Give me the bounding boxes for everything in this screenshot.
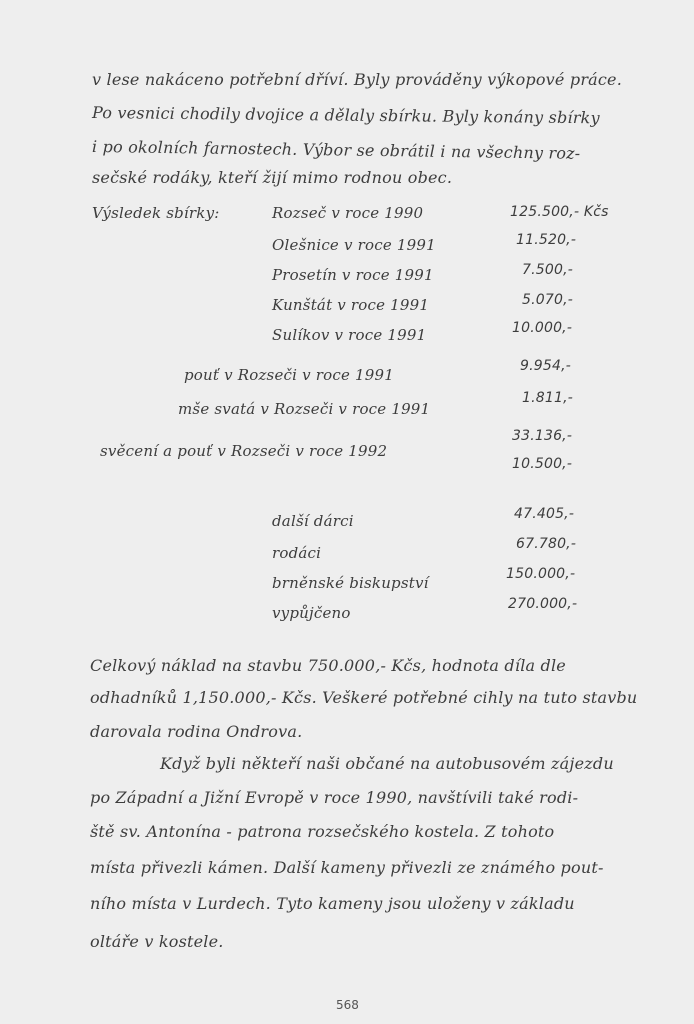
intro-line: v lese nakáceno potřební dříví. Byly pro… bbox=[92, 70, 622, 89]
collection-row-amount: 7.500,- bbox=[522, 262, 573, 278]
closing-line: ště sv. Antonína - patrona rozsečského k… bbox=[90, 822, 554, 841]
closing-line: odhadníků 1,150.000,- Kčs. Veškeré potře… bbox=[90, 688, 637, 707]
other-row-amount: 47.405,- bbox=[514, 506, 574, 522]
collection-label: Výsledek sbírky: bbox=[92, 204, 220, 222]
closing-line: ního místa v Lurdech. Tyto kameny jsou u… bbox=[90, 894, 575, 913]
other-row-amount: 270.000,- bbox=[508, 596, 577, 612]
closing-line: Celkový náklad na stavbu 750.000,- Kčs, … bbox=[90, 656, 566, 675]
other-row-amount: 67.780,- bbox=[516, 536, 576, 552]
collection-row-amount: 5.070,- bbox=[522, 292, 573, 308]
collection-row-text: Olešnice v roce 1991 bbox=[272, 236, 436, 254]
intro-line: i po okolních farnostech. Výbor se obrát… bbox=[92, 137, 581, 163]
other-row-text: brněnské biskupství bbox=[272, 574, 429, 592]
collection-row-amount: 10.500,- bbox=[512, 456, 572, 472]
closing-line: místa přivezli kámen. Další kameny přive… bbox=[90, 858, 604, 877]
collection-row-amount: 125.500,- Kčs bbox=[510, 204, 609, 220]
collection-row-text: Sulíkov v roce 1991 bbox=[272, 326, 426, 344]
document-page: v lese nakáceno potřební dříví. Byly pro… bbox=[0, 0, 694, 1024]
closing-line: oltáře v kostele. bbox=[90, 932, 224, 951]
collection-row-amount: 10.000,- bbox=[512, 320, 572, 336]
closing-line: Když byli někteří naši občané na autobus… bbox=[160, 754, 614, 773]
other-row-text: rodáci bbox=[272, 544, 321, 562]
collection-row-text: pouť v Rozseči v roce 1991 bbox=[184, 366, 394, 384]
closing-line: po Západní a Jižní Evropě v roce 1990, n… bbox=[90, 788, 578, 807]
collection-row-text: mše svatá v Rozseči v roce 1991 bbox=[178, 400, 430, 418]
other-row-amount: 150.000,- bbox=[506, 566, 575, 582]
closing-line: darovala rodina Ondrova. bbox=[90, 722, 302, 741]
collection-row-amount: 33.136,- bbox=[512, 428, 572, 444]
collection-row-amount: 11.520,- bbox=[516, 232, 576, 248]
collection-row-text: Kunštát v roce 1991 bbox=[272, 296, 429, 314]
collection-row-text: svěcení a pouť v Rozseči v roce 1992 bbox=[100, 442, 387, 460]
collection-row-text: Rozseč v roce 1990 bbox=[272, 204, 423, 222]
intro-line: Po vesnici chodily dvojice a dělaly sbír… bbox=[92, 103, 600, 127]
other-row-text: vypůjčeno bbox=[272, 604, 351, 622]
page-number: 568 bbox=[336, 998, 359, 1012]
collection-row-text: Prosetín v roce 1991 bbox=[272, 266, 434, 284]
other-row-text: další dárci bbox=[272, 512, 354, 530]
collection-row-amount: 9.954,- bbox=[520, 358, 571, 374]
intro-line: sečské rodáky, kteří žijí mimo rodnou ob… bbox=[92, 168, 452, 187]
collection-row-amount: 1.811,- bbox=[522, 390, 573, 406]
